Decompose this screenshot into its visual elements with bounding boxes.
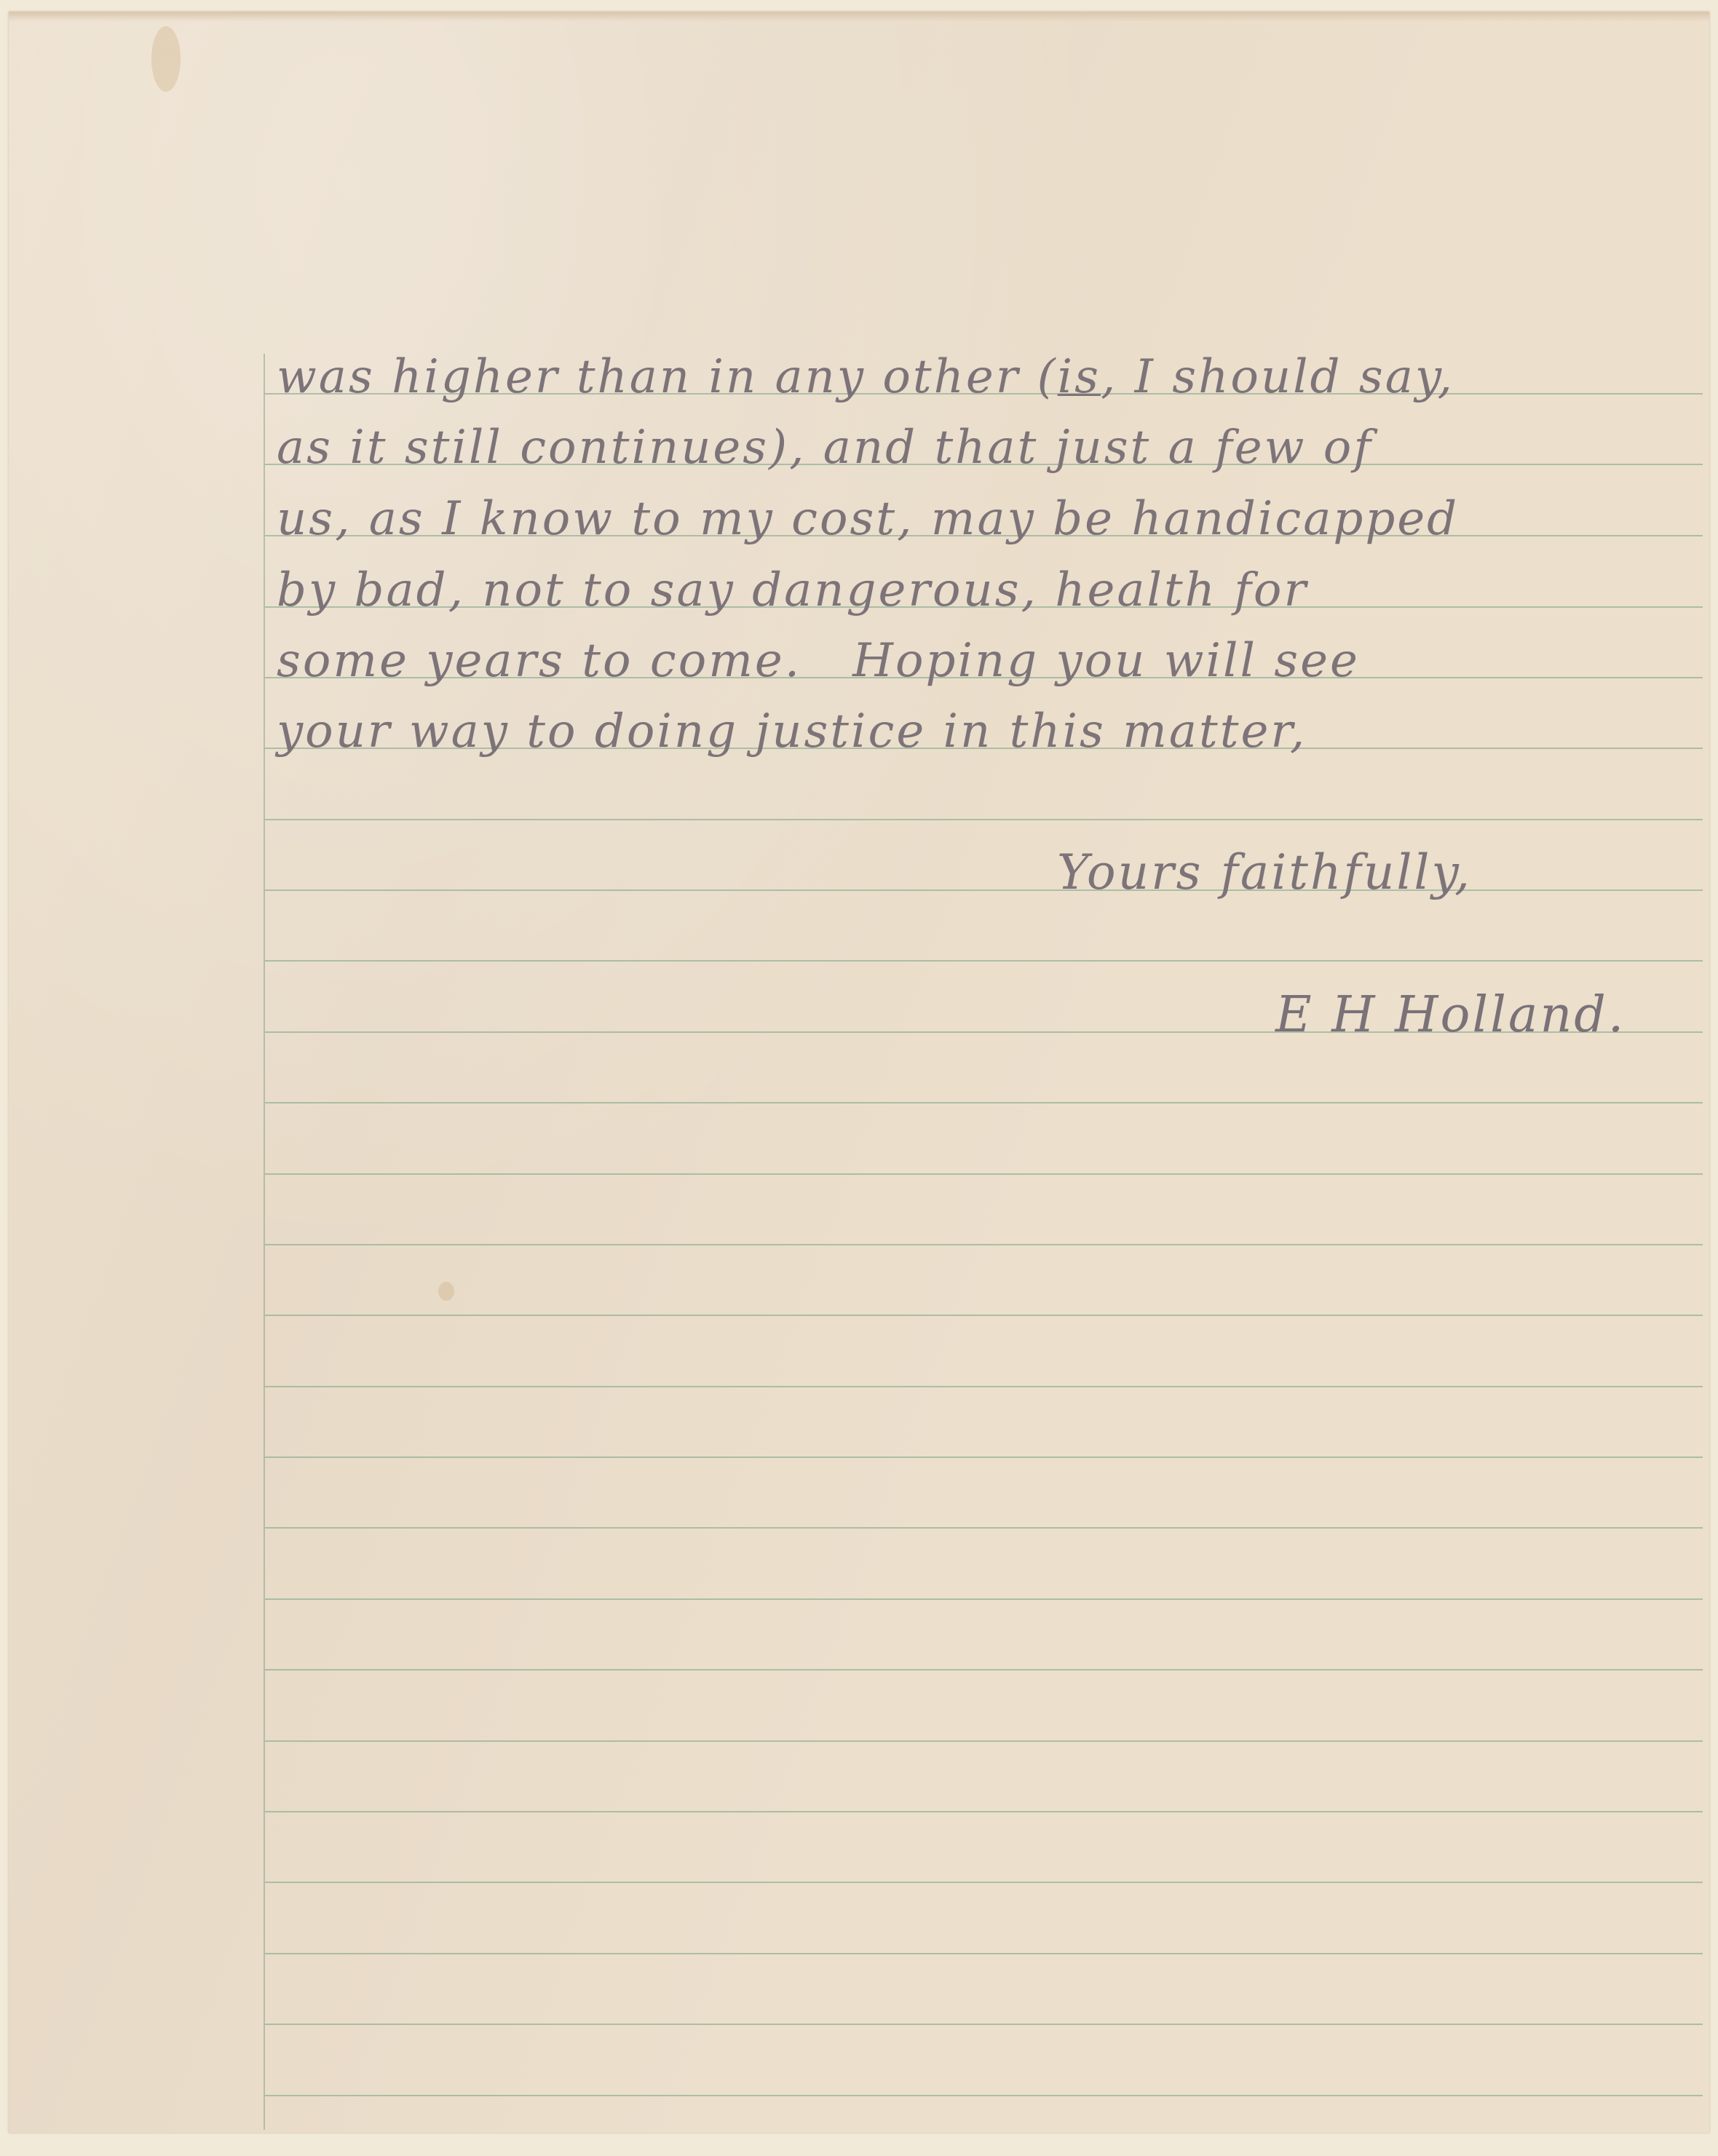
- ruled-line: [265, 1669, 1703, 1670]
- paper-stain: [438, 1282, 454, 1301]
- valediction: Yours faithfully,: [1057, 849, 1472, 897]
- ruled-line: [265, 1882, 1703, 1883]
- body-line-1: was higher than in any other (is, I shou…: [277, 354, 1454, 400]
- letter-page: was higher than in any other (is, I shou…: [9, 12, 1709, 2133]
- ruled-line: [265, 1244, 1703, 1245]
- body-line-6: your way to doing justice in this matter…: [277, 708, 1307, 755]
- ruled-line: [265, 819, 1703, 820]
- ruled-line: [265, 889, 1703, 891]
- ruled-line: [265, 960, 1703, 962]
- body-line-1-pre: was higher than in any other (: [277, 350, 1058, 404]
- ruled-line: [265, 2095, 1703, 2096]
- ruled-line: [265, 1953, 1703, 1954]
- ruled-line: [265, 1457, 1703, 1458]
- ruled-line: [265, 1173, 1703, 1175]
- ruled-line: [265, 1598, 1703, 1600]
- paper-top-edge: [9, 12, 1709, 22]
- paper-stain: [151, 26, 181, 92]
- body-line-4: by bad, not to say dangerous, health for: [277, 567, 1308, 614]
- ruled-line: [265, 2024, 1703, 2025]
- body-line-5: some years to come. Hoping you will see: [277, 638, 1360, 684]
- ruled-line: [265, 1315, 1703, 1316]
- emphasized-word: is: [1058, 350, 1101, 404]
- ruled-line: [265, 1527, 1703, 1529]
- margin-line: [264, 354, 265, 2130]
- ruled-line: [265, 1811, 1703, 1812]
- ruled-line: [265, 1102, 1703, 1103]
- signature: E H Holland.: [1275, 991, 1626, 1040]
- body-line-1-post: , I should say,: [1101, 350, 1454, 404]
- ruled-line: [265, 1740, 1703, 1742]
- ruled-line: [265, 1386, 1703, 1387]
- body-line-2: as it still continues), and that just a …: [277, 424, 1373, 471]
- body-line-3: us, as I know to my cost, may be handica…: [277, 496, 1459, 542]
